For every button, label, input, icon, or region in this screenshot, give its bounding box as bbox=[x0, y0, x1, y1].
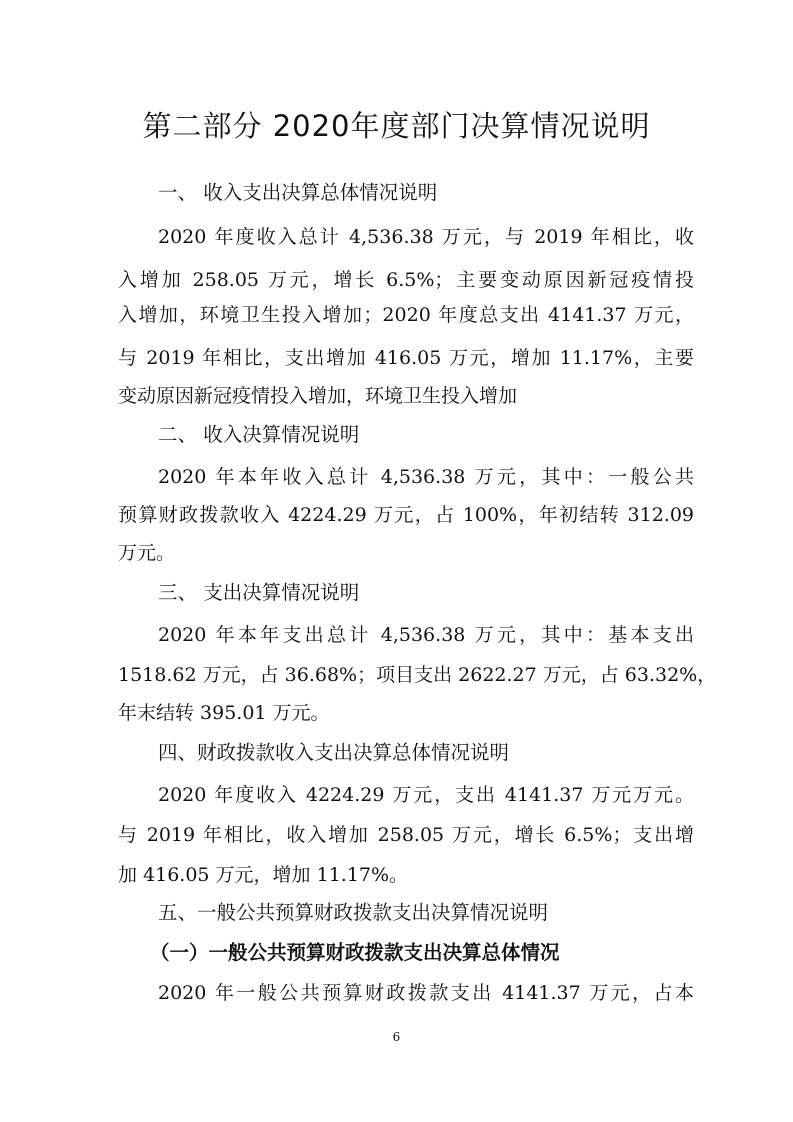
paragraph-line: 预算财政拨款收入 4224.29 万元，占 100%，年初结转 312.09 bbox=[118, 500, 694, 530]
paragraph-line: 2020 年一般公共预算财政拨款支出 4141.37 万元，占本 bbox=[158, 978, 694, 1008]
page-title: 第二部分 2020年度部门决算情况说明 bbox=[0, 106, 793, 146]
page-number: 6 bbox=[0, 1030, 793, 1044]
paragraph-line: 入增加，环境卫生投入增加；2020 年度总支出 4141.37 万元， bbox=[118, 300, 694, 330]
paragraph-line: 2020 年度收入 4224.29 万元，支出 4141.37 万元万元。 bbox=[158, 780, 694, 810]
paragraph-line: 入增加 258.05 万元，增长 6.5%；主要变动原因新冠疫情投 bbox=[118, 265, 694, 295]
paragraph-line: 加 416.05 万元，增加 11.17%。 bbox=[118, 860, 694, 890]
paragraph-line: 与 2019 年相比，支出增加 416.05 万元，增加 11.17%，主要 bbox=[118, 343, 694, 373]
paragraph-line: 万元。 bbox=[118, 538, 694, 568]
paragraph-line: 2020 年度收入总计 4,536.38 万元，与 2019 年相比，收 bbox=[158, 222, 694, 252]
section-heading-5: 五、一般公共预算财政拨款支出决算情况说明 bbox=[158, 898, 548, 928]
document-page: 第二部分 2020年度部门决算情况说明 一、 收入支出决算总体情况说明 2020… bbox=[0, 0, 793, 1122]
section-heading-3: 三、 支出决算情况说明 bbox=[158, 578, 359, 608]
section-heading-4: 四、财政拨款收入支出决算总体情况说明 bbox=[158, 738, 509, 768]
paragraph-line: 2020 年本年收入总计 4,536.38 万元，其中：一般公共 bbox=[158, 462, 694, 492]
section-heading-2: 二、 收入决算情况说明 bbox=[158, 420, 359, 450]
subsection-heading-5-1: （一）一般公共预算财政拨款支出决算总体情况 bbox=[150, 938, 560, 968]
paragraph-line: 变动原因新冠疫情投入增加，环境卫生投入增加 bbox=[118, 381, 694, 411]
paragraph-line: 与 2019 年相比，收入增加 258.05 万元，增长 6.5%；支出增 bbox=[118, 820, 694, 850]
section-heading-1: 一、 收入支出决算总体情况说明 bbox=[158, 178, 437, 208]
paragraph-line: 年末结转 395.01 万元。 bbox=[118, 698, 694, 728]
paragraph-line: 2020 年本年支出总计 4,536.38 万元，其中：基本支出 bbox=[158, 620, 694, 650]
paragraph-line: 1518.62 万元，占 36.68%；项目支出 2622.27 万元，占 63… bbox=[118, 660, 694, 690]
